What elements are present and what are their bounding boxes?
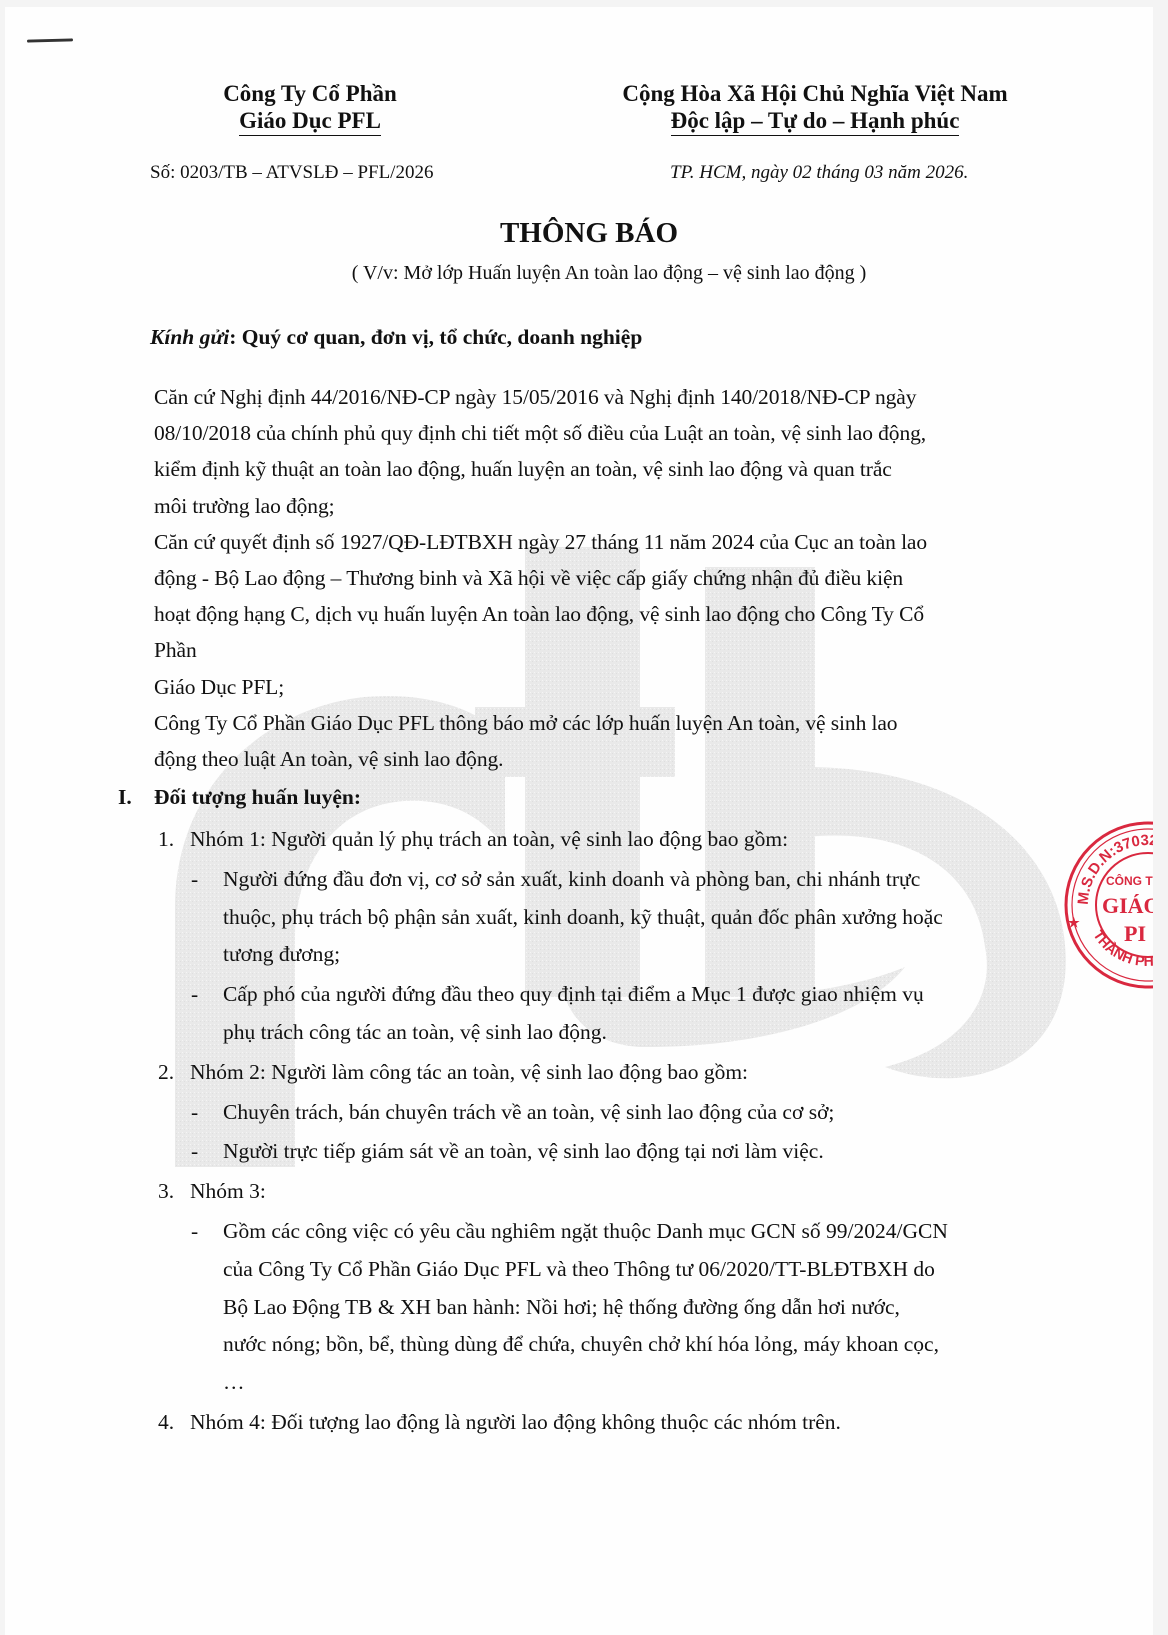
document-number: Số: 0203/TB – ATVSLĐ – PFL/2026 bbox=[150, 162, 433, 184]
group-title: Nhóm 4: Đối tượng lao động là người lao … bbox=[190, 1410, 841, 1435]
group-number: 1. bbox=[158, 827, 174, 852]
bullet-marker: - bbox=[191, 1100, 198, 1125]
company-name-line2: Giáo Dục PFL bbox=[239, 108, 381, 133]
group-number: 2. bbox=[158, 1060, 174, 1085]
company-name-line2-wrap: Giáo Dục PFL bbox=[200, 108, 420, 134]
document-page: Công Ty Cổ Phần Giáo Dục PFL Cộng Hòa Xã… bbox=[5, 7, 1153, 1635]
group-title: Nhóm 1: Người quản lý phụ trách an toàn,… bbox=[190, 827, 788, 852]
body-line: Giáo Dục PFL; bbox=[154, 675, 284, 700]
svg-text:CÔNG TY: CÔNG TY bbox=[1106, 873, 1153, 888]
document-subject: ( V/v: Mở lớp Huấn luyện An toàn lao độn… bbox=[5, 262, 1153, 285]
section-heading: Đối tượng huấn luyện: bbox=[154, 785, 361, 810]
nation-motto: Độc lập – Tự do – Hạnh phúc bbox=[671, 108, 960, 133]
bullet-line: Cấp phó của người đứng đầu theo quy định… bbox=[223, 982, 924, 1007]
group-number: 3. bbox=[158, 1179, 174, 1204]
body-line: môi trường lao động; bbox=[154, 494, 334, 519]
place-date: TP. HCM, ngày 02 tháng 03 năm 2026. bbox=[670, 162, 968, 184]
nation-title: Cộng Hòa Xã Hội Chủ Nghĩa Việt Nam bbox=[595, 81, 1035, 107]
bullet-line: Người đứng đầu đơn vị, cơ sở sản xuất, k… bbox=[223, 867, 920, 892]
bullet-line: của Công Ty Cổ Phần Giáo Dục PFL và theo… bbox=[223, 1257, 935, 1282]
body-line: hoạt động hạng C, dịch vụ huấn luyện An … bbox=[154, 602, 924, 627]
bullet-line: Gồm các công việc có yêu cầu nghiêm ngặt… bbox=[223, 1219, 948, 1244]
document-title: THÔNG BÁO bbox=[5, 217, 1153, 250]
bullet-line: thuộc, phụ trách bộ phận sản xuất, kinh … bbox=[223, 905, 943, 930]
recipient-label: Kính gửi bbox=[150, 325, 229, 349]
svg-text:GIÁO: GIÁO bbox=[1102, 893, 1153, 918]
pfl-watermark bbox=[5, 7, 1153, 1635]
bullet-marker: - bbox=[191, 1219, 198, 1244]
svg-text:★: ★ bbox=[1068, 915, 1080, 930]
body-line: kiểm định kỹ thuật an toàn lao động, huấ… bbox=[154, 457, 892, 482]
bullet-line: phụ trách công tác an toàn, vệ sinh lao … bbox=[223, 1020, 607, 1045]
body-line: Căn cứ quyết định số 1927/QĐ-LĐTBXH ngày… bbox=[154, 530, 927, 555]
nation-motto-wrap: Độc lập – Tự do – Hạnh phúc bbox=[595, 108, 1035, 134]
bullet-marker: - bbox=[191, 1139, 198, 1164]
section-number: I. bbox=[118, 785, 132, 810]
group-title: Nhóm 2: Người làm công tác an toàn, vệ s… bbox=[190, 1060, 748, 1085]
body-line: Công Ty Cổ Phần Giáo Dục PFL thông báo m… bbox=[154, 711, 897, 736]
group-number: 4. bbox=[158, 1410, 174, 1435]
bullet-line: Bộ Lao Động TB & XH ban hành: Nồi hơi; h… bbox=[223, 1295, 900, 1320]
svg-text:PI: PI bbox=[1124, 921, 1146, 946]
body-line: Phần bbox=[154, 638, 197, 663]
scan-mark bbox=[27, 38, 73, 42]
bullet-line: tương đương; bbox=[223, 942, 340, 967]
bullet-line: … bbox=[223, 1370, 245, 1395]
company-seal-stamp: M.S.D.N:370323 THÀNH PHỐ ★ CÔNG TY GIÁO … bbox=[1058, 815, 1153, 995]
company-name-line1: Công Ty Cổ Phần bbox=[200, 81, 420, 107]
bullet-line: Người trực tiếp giám sát về an toàn, vệ … bbox=[223, 1139, 824, 1164]
bullet-marker: - bbox=[191, 982, 198, 1007]
body-line: động theo luật An toàn, vệ sinh lao động… bbox=[154, 747, 503, 772]
recipient-line: Kính gửi: Quý cơ quan, đơn vị, tổ chức, … bbox=[150, 325, 642, 350]
bullet-line: Chuyên trách, bán chuyên trách về an toà… bbox=[223, 1100, 834, 1125]
bullet-marker: - bbox=[191, 867, 198, 892]
group-title: Nhóm 3: bbox=[190, 1179, 266, 1204]
body-line: Căn cứ Nghị định 44/2016/NĐ-CP ngày 15/0… bbox=[154, 385, 916, 410]
body-line: 08/10/2018 của chính phủ quy định chi ti… bbox=[154, 421, 926, 446]
recipient-value: : Quý cơ quan, đơn vị, tổ chức, doanh ng… bbox=[229, 325, 642, 349]
bullet-line: nước nóng; bồn, bể, thùng dùng để chứa, … bbox=[223, 1332, 939, 1357]
body-line: động - Bộ Lao động – Thương binh và Xã h… bbox=[154, 566, 903, 591]
